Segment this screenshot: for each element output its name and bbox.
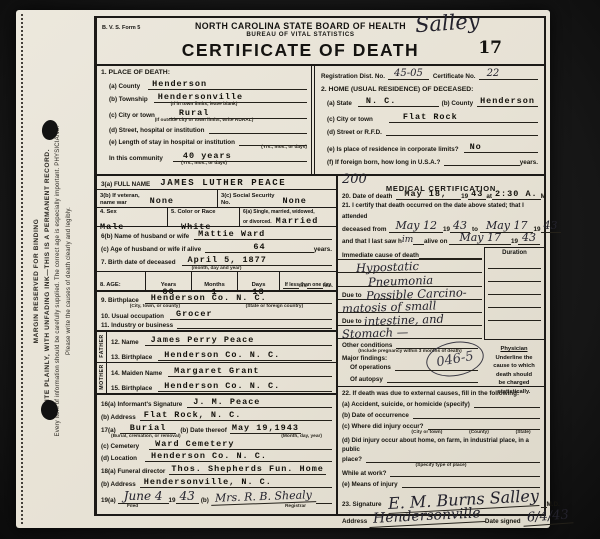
attended-to-year: 43 [541, 219, 561, 233]
field-label: Major findings: [342, 355, 387, 362]
field-label: 15. Birthplace [111, 385, 152, 392]
field-father-birthplace: 13. Birthplace Henderson Co. N. C. [107, 347, 336, 362]
field-label: (b) Date thereof [180, 427, 227, 434]
margin-line: WRITE PLAINLY, WITH UNFADING INK—THIS IS… [42, 46, 53, 516]
field-label: (b) Address [101, 414, 136, 421]
field-value: Henderson Co. N. C. [145, 451, 273, 462]
date-signed-handwritten: 6/4/43 [522, 508, 573, 527]
physician-address-handwritten: Hendersonville [369, 505, 485, 528]
field-label: M [541, 193, 546, 200]
blank-line [209, 133, 308, 134]
field-label: 9. Birthplace [101, 297, 139, 304]
field-label: (e) Length of stay in hospital or instit… [109, 139, 235, 146]
blank-line [507, 79, 538, 80]
field-value: Grocer [170, 309, 219, 320]
field-value: No [464, 142, 488, 153]
note-text: Underline the [487, 354, 541, 363]
field-label: Address [342, 518, 367, 525]
field-industry: 11. Industry or business [97, 321, 336, 332]
field-value: Henderson Co. N. C. [158, 350, 286, 361]
field-label: or divorced. [243, 219, 272, 226]
field-label: (d) Street, hospital or institution [109, 127, 205, 134]
deceased-full-name: JAMES LUTHER PEACE [160, 178, 286, 188]
field-label: In this community [109, 155, 163, 162]
field-occupation: 10. Usual occupation Grocer [97, 309, 336, 321]
field-label: (c) City or town [109, 112, 155, 119]
field-value: 43 [468, 189, 486, 200]
field-label: (d) Location [101, 455, 137, 462]
field-label: Of operations [350, 364, 391, 371]
field-label: place? [342, 456, 362, 463]
blank-line [413, 418, 540, 419]
field-sex: 4. Sex Male [97, 208, 167, 226]
field-label: deceased from [342, 226, 386, 233]
cause-row: matosis of small [338, 300, 482, 313]
field-label: (c) Age of husband or wife if alive [101, 246, 201, 253]
handwritten-number: 200 [342, 172, 367, 187]
field-suffix: min. [323, 284, 333, 289]
section-heading: 22. If death was due to external causes,… [342, 390, 519, 397]
field-home-state: (a) State N. C. (b) County Henderson [321, 96, 538, 107]
field-label: 4. Sex [100, 209, 164, 216]
field-value: Henderson [148, 79, 211, 90]
blank-line [240, 449, 332, 450]
blank-line [413, 244, 424, 245]
field-label: (d) Street or R.F.D. [327, 129, 382, 136]
field-veteran: 3(b) If veteran, name war None [97, 190, 217, 207]
main-sections: 3(a) FULL NAME JAMES LUTHER PEACE 3(b) I… [97, 176, 544, 514]
field-label: 5. Color or Race [171, 209, 236, 216]
registration-dist-value: 45-05 [388, 68, 429, 80]
section-heading: 2. HOME (USUAL RESIDENCE) OF DECEASED: [321, 86, 538, 93]
blank-line [419, 258, 482, 259]
field-home-city: (c) City or town Flat Rock [321, 112, 538, 123]
top-sections: 1. PLACE OF DEATH: (a) County Henderson … [97, 66, 544, 176]
field-label: Immediate cause of death [342, 252, 419, 259]
field-label: (b) Date of occurrence [342, 412, 409, 419]
cause-handwritten: Hypostatic [356, 261, 419, 273]
field-label: 16(a) Informant's Signature [101, 401, 182, 408]
certify-line2: deceased from May 12 19 43 to May 17 19 … [338, 222, 544, 234]
field-full-name: 3(a) FULL NAME JAMES LUTHER PEACE [97, 176, 336, 190]
note-text: (If in town limits, leave blank) [171, 102, 238, 107]
blank-line [286, 391, 332, 392]
field-label: Other conditions [342, 342, 392, 349]
blank-line [242, 161, 307, 162]
blank-line [395, 370, 478, 371]
field-label: 13. Birthplace [111, 354, 152, 361]
form-number: B. V. S. Form 5 [102, 25, 140, 31]
field-label: (f) If foreign born, how long in U.S.A.? [327, 159, 440, 166]
field-label: 3(c) Social Security [221, 193, 274, 200]
registration-line: Registration Dist. No. 45-05 Certificate… [321, 68, 538, 80]
field-label: Due to [342, 292, 362, 299]
field-value: Margaret Grant [168, 366, 265, 377]
bureau-title: BUREAU OF VITAL STATISTICS [167, 31, 434, 38]
field-value: Thos. Shepherds Fun. Home [169, 464, 326, 475]
note-text: (If outside city or town limits, write R… [155, 118, 254, 123]
field-label: (e) Means of injury [342, 481, 398, 488]
note-text: cause to which [487, 362, 541, 371]
duration-header: Duration [485, 248, 544, 256]
veteran-ssn-row: 3(b) If veteran, name war None 3(c) Soci… [97, 190, 336, 208]
field-value: Burial [120, 423, 177, 434]
field-informant-signature: 16(a) Informant's Signature J. M. Peace [97, 395, 336, 409]
filed-date-handwritten: June 4 [118, 489, 169, 504]
medical-heading-row: 200 MEDICAL CERTIFICATION [338, 176, 544, 189]
field-label: (a) Accident, suicide, or homicide (spec… [342, 401, 470, 408]
field-birth-date: 7. Birth date of deceased April 5, 1877 [97, 254, 336, 267]
blank-line [386, 135, 538, 136]
field-label: 6(b) Name of husband or wife [101, 233, 189, 240]
certificate-page-number: 17 [478, 38, 502, 58]
field-value: Henderson Co. N. C. [145, 293, 273, 304]
field-value: Hendersonville, N. C. [140, 477, 276, 488]
blank-line [219, 319, 332, 320]
field-label: 11. Industry or business [101, 322, 173, 329]
field-value: Ward Cemetery [149, 439, 240, 450]
blank-line [273, 303, 332, 304]
field-label: Registration Dist. No. [321, 73, 385, 80]
binding-margin-text: MARGIN RESERVED FOR BINDING WRITE PLAINL… [31, 46, 77, 516]
field-label: (c) Cemetery [101, 443, 139, 450]
field-suffix: years. [520, 159, 538, 166]
field-funeral-address: (b) Address Hendersonville, N. C. [97, 476, 336, 489]
blank-line [266, 407, 332, 408]
field-label: Due to [342, 318, 362, 325]
sex-race-marital-row: 4. Sex Male 5. Color or Race White 6(a) … [97, 208, 336, 227]
blank-line [266, 376, 332, 377]
field-label: (b) Address [101, 481, 136, 488]
age-value-row: 66 1 13 hrs. min. [97, 280, 336, 292]
field-label: Of autopsy [350, 376, 383, 383]
field-label: (b) [201, 497, 209, 504]
board-title: NORTH CAROLINA STATE BOARD OF HEALTH [167, 21, 434, 31]
field-label: 3(a) FULL NAME [101, 181, 150, 188]
field-label: 7. Birth date of deceased [101, 259, 176, 266]
field-label: 19 [461, 193, 468, 200]
field-label: Certificate No. [433, 73, 476, 80]
field-injury-where: (c) Where did injury occur? [338, 420, 544, 431]
field-suffix: hrs. [299, 284, 308, 289]
field-label: 19 [511, 238, 518, 245]
blank-line [474, 407, 540, 408]
field-label: and that I last saw h [342, 238, 402, 245]
duration-line [488, 308, 541, 321]
blank-line [286, 360, 332, 361]
blank-line [428, 429, 540, 430]
blank-line [211, 89, 307, 90]
field-foreign-born: (f) If foreign born, how long in U.S.A.?… [321, 159, 538, 166]
external-causes-heading: 22. If death was due to external causes,… [338, 386, 544, 398]
field-value: April 5, 1877 [182, 255, 273, 266]
field-spouse-age: (c) Age of husband or wife if alive 64 y… [97, 241, 336, 254]
field-spouse: 6(b) Name of husband or wife Mattie Ward [97, 227, 336, 241]
field-label: (a) County [109, 83, 140, 90]
blank-line [316, 503, 332, 504]
field-value: Married [276, 216, 319, 226]
field-mother-name: 14. Maiden Name Margaret Grant [107, 363, 336, 378]
field-label: 12. Name [111, 339, 139, 346]
duration-line [488, 256, 541, 269]
field-street: (d) Street, hospital or institution [101, 127, 307, 134]
handwritten-surname: Salley [414, 9, 480, 37]
field-label: 18(a) Funeral director [101, 468, 165, 475]
cause-row: Hypostatic [338, 260, 482, 273]
field-value: None [282, 196, 306, 206]
field-corporate-limits: (e) Is place of residence in corporate l… [321, 142, 538, 153]
field-birthplace: 9. Birthplace Henderson Co. N. C. [97, 292, 336, 305]
field-label: alive on [424, 238, 447, 245]
attended-from-handwritten: May 12 [389, 219, 443, 233]
blank-line [283, 288, 299, 289]
field-race: 5. Color or Race White [167, 208, 239, 226]
field-informant-address: (b) Address Flat Rock, N. C. [97, 409, 336, 422]
registrar-signature: Mrs. R. B. Shealy [211, 488, 316, 506]
handwritten-him: im [402, 235, 413, 245]
field-mother-birthplace: 15. Birthplace Henderson Co. N. C. [107, 378, 336, 393]
duration-box: Duration [484, 247, 544, 340]
field-value: 2:30 A. [492, 189, 541, 200]
field-at-work: While at work? [338, 468, 544, 478]
field-injury-place-line2: place? [338, 454, 544, 464]
mother-section: MOTHER 14. Maiden Name Margaret Grant 15… [97, 363, 336, 395]
field-operations: Of operations [338, 363, 482, 372]
field-label: 3(b) If veteran, [100, 193, 140, 200]
field-autopsy: Of autopsy [338, 372, 482, 384]
field-funeral-director: 18(a) Funeral director Thos. Shepherds F… [97, 463, 336, 476]
field-label: (b) County [442, 100, 473, 107]
cause-row: Due to Possible Carcino- [338, 287, 482, 300]
field-label: (c) Where did injury occur? [342, 423, 424, 430]
blank-line [472, 122, 538, 123]
field-value: None [150, 196, 174, 206]
margin-line: Every item of information should be care… [53, 46, 64, 516]
field-occurrence-date: (b) Date of occurrence [338, 409, 544, 420]
field-value: 64 [241, 242, 277, 253]
field-cemetery: (c) Cemetery Ward Cemetery [97, 439, 336, 451]
place-of-death-section: 1. PLACE OF DEATH: (a) County Henderson … [97, 66, 311, 174]
certify-line3: and that I last saw h im alive on May 17… [338, 234, 544, 246]
field-label: 10. Usual occupation [101, 313, 164, 320]
blank-line [260, 345, 332, 346]
field-physician-address: Address Hendersonville Date signed 6/4/4… [338, 509, 544, 526]
field-label: Date signed [485, 518, 521, 525]
blank-line [205, 252, 241, 253]
field-accident: (a) Accident, suicide, or homicide (spec… [338, 398, 544, 409]
page-title: CERTIFICATE OF DEATH [167, 40, 434, 61]
field-burial-location: (d) Location Henderson Co. N. C. [97, 451, 336, 463]
header-center: NORTH CAROLINA STATE BOARD OF HEALTH BUR… [167, 21, 434, 61]
field-label: 23. Signature [342, 501, 382, 508]
last-seen-handwritten: May 17 [449, 231, 511, 245]
filed-year-handwritten: 43 [176, 489, 199, 504]
field-date-of-death: 20. Date of death May 18, 19 43 at 2:30 … [338, 189, 544, 201]
field-burial: 17(a) Burial (b) Date thereof May 19,194… [97, 422, 336, 435]
field-value: May 19,1943 [230, 423, 301, 434]
section-heading: 1. PLACE OF DEATH: [101, 69, 307, 76]
field-label: 19(a) [101, 497, 116, 504]
cause-of-death-block: Immediate cause of death Hypostatic Pneu… [338, 247, 544, 339]
field-label: (c) City or town [327, 116, 373, 123]
field-label: (e) Is place of residence in corporate l… [327, 146, 459, 153]
duration-line [488, 269, 541, 282]
field-value: J. M. Peace [187, 397, 266, 408]
blank-line [278, 252, 314, 253]
field-father-name: 12. Name James Perry Peace [107, 332, 336, 347]
cause-handwritten: Stomach — [342, 327, 408, 339]
field-label: 14. Maiden Name [111, 370, 162, 377]
duration-line [488, 282, 541, 295]
field-label: 17(a) [101, 427, 116, 434]
blank-line [488, 152, 538, 153]
margin-line: MARGIN RESERVED FOR BINDING [31, 46, 42, 516]
scan-background: MARGIN RESERVED FOR BINDING WRITE PLAINL… [0, 0, 600, 539]
note-text: (Yrs., mos., or days) [261, 145, 307, 150]
death-certificate: MARGIN RESERVED FOR BINDING WRITE PLAINL… [16, 10, 550, 528]
certificate-form: B. V. S. Form 5 NORTH CAROLINA STATE BOA… [94, 16, 546, 516]
age-header-row: 8. AGE: Years Months Days If less than o… [97, 271, 336, 280]
note-text: (Yrs., mos., or days) [181, 161, 227, 166]
field-ssn: 3(c) Social Security No. None [217, 190, 336, 207]
field-value: James Perry Peace [145, 335, 261, 346]
perforation-edge [21, 14, 23, 524]
blank-line [390, 476, 540, 477]
home-residence-section: Registration Dist. No. 45-05 Certificate… [315, 66, 544, 174]
blank-line [245, 420, 332, 421]
certificate-number-value: 22 [479, 68, 508, 80]
field-home-street: (d) Street or R.F.D. [321, 129, 538, 136]
other-conditions-block: Other conditions (Include pregnancy with… [338, 339, 482, 384]
field-label: (d) Did injury occur about home, on farm… [342, 437, 529, 453]
last-seen-year: 43 [518, 231, 540, 245]
field-label: (b) Township [109, 96, 148, 103]
field-suffix: years. [314, 246, 332, 253]
field-value: Henderson Co. N. C. [158, 381, 286, 392]
father-section: FATHER 12. Name James Perry Peace 13. Bi… [97, 332, 336, 363]
physician-label: Physician [487, 345, 541, 354]
field-value: Mattie Ward [194, 229, 269, 240]
field-injury-place: (d) Did injury occur about home, on farm… [338, 436, 544, 454]
note-text: death should [487, 371, 541, 380]
field-county: (a) County Henderson [101, 79, 307, 90]
margin-line: Please write the causes of death clearly… [64, 46, 75, 516]
blank-line [273, 265, 332, 266]
blank-line [177, 328, 332, 329]
field-label: name war [100, 200, 140, 207]
blank-line [366, 462, 540, 463]
duration-line [488, 295, 541, 308]
blank-line [269, 239, 332, 240]
certify-text: 21. I certify that death occurred on the… [342, 202, 524, 220]
field-filed: 19(a) June 4 19 43 (b) Mrs. R. B. Shealy [97, 489, 336, 505]
medical-column: 200 MEDICAL CERTIFICATION 20. Date of de… [338, 176, 544, 514]
field-value: Flat Rock, N. C. [140, 410, 246, 421]
field-label: While at work? [342, 470, 386, 477]
field-label: 19 [169, 497, 176, 504]
cause-row: Due to intestine, and [338, 313, 482, 326]
field-label: (a) State [327, 100, 352, 107]
field-major-findings: Major findings: 046-5 [338, 354, 482, 363]
field-value: May 18, [396, 189, 455, 200]
form-header: B. V. S. Form 5 NORTH CAROLINA STATE BOA… [97, 18, 544, 66]
field-value: Henderson [477, 96, 538, 107]
cause-row: Stomach — [338, 326, 482, 339]
field-label: No. [221, 200, 274, 207]
blank-line [444, 165, 519, 166]
blank-line [404, 106, 438, 107]
blank-line [307, 288, 323, 289]
field-marital-status: 6(a) Single, married, widowed, or divorc… [239, 208, 336, 226]
field-label: 20. Date of death [342, 193, 392, 200]
cause-handwritten: Pneumonia [368, 274, 433, 286]
field-value: Flat Rock [389, 112, 472, 123]
blank-line [273, 461, 332, 462]
blank-line [387, 382, 478, 383]
personal-column: 3(a) FULL NAME JAMES LUTHER PEACE 3(b) I… [97, 176, 338, 514]
blank-line [247, 102, 307, 103]
mother-side-label: MOTHER [97, 363, 107, 393]
field-value: N. C. [358, 96, 405, 107]
